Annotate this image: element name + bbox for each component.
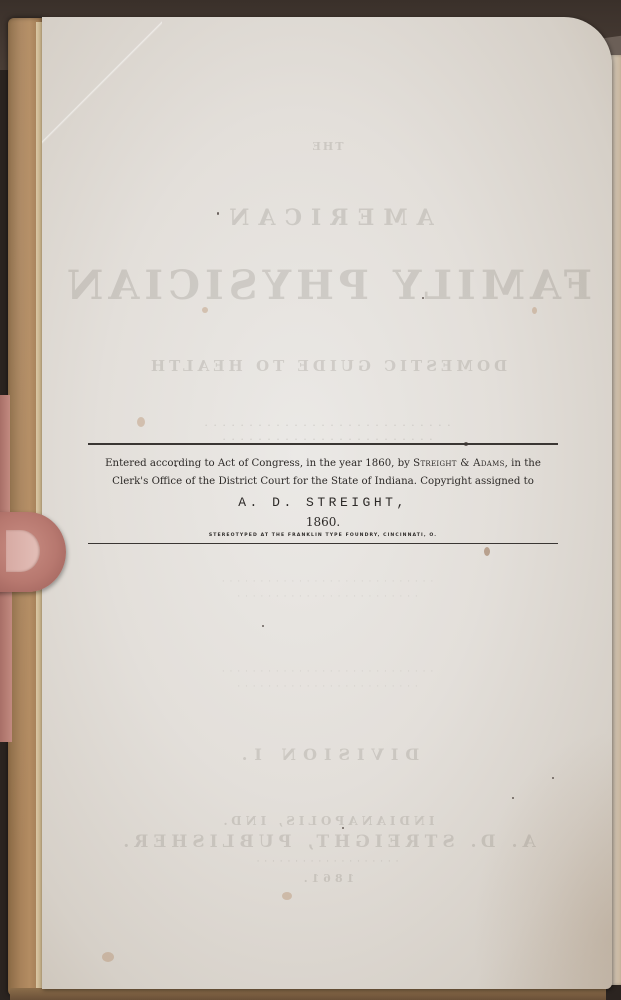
ink-speck [262,625,264,627]
ghost-body-line-3: · · · · · · · · · · · · · · · · · · · · … [42,667,612,677]
ghost-publisher: A. D. STREIGHT, PUBLISHER. [42,832,612,852]
ink-speck [552,777,554,779]
ink-speck [512,797,514,799]
ink-speck [217,212,219,215]
ghost-american: AMERICAN [42,205,612,231]
finger [0,592,12,742]
ghost-subtitle-line-1: · · · · · · · · · · · · · · · · · · · · … [42,419,612,432]
ghost-year: 1861. [42,872,612,885]
foxing-spot [484,547,490,556]
foxing-spot [202,307,208,313]
imprint-line-2: Clerk's Office of the District Court for… [88,473,558,491]
book-bottom-board [10,988,606,1000]
ink-speck [422,297,424,299]
ghost-place: INDIANAPOLIS, IND. [42,814,612,828]
copyright-owner: A. D. STREIGHT, [88,493,558,513]
copyright-year: 1860. [88,513,558,531]
foxing-spot [282,892,292,900]
imprint-line-1-prefix: Entered according to Act of Congress, in… [105,458,413,469]
ghost-division: DIVISION I. [42,745,612,764]
foxing-spot [532,307,537,314]
thumbnail [6,530,40,572]
ghost-the: THE [42,140,612,153]
imprint-firm-name: Streight & Adams [413,458,505,469]
ghost-family-physician: FAMILY PHYSICIAN [42,262,612,309]
ink-speck [342,827,344,829]
ghost-body-line-4: · · · · · · · · · · · · · · · · · · · · … [42,682,612,692]
imprint-line-1: Entered according to Act of Congress, in… [88,455,558,473]
imprint-line-1-suffix: , in the [505,458,541,469]
ghost-body-line-2: · · · · · · · · · · · · · · · · · · · · … [42,592,612,602]
ghost-body-line-1: · · · · · · · · · · · · · · · · · · · · … [42,577,612,587]
ghost-domestic-guide: DOMESTIC GUIDE TO HEALTH [42,357,612,375]
photo-scene: THE AMERICAN FAMILY PHYSICIAN DOMESTIC G… [0,0,621,1000]
foxing-spot [102,952,114,962]
bottom-rule [88,543,558,544]
finger [0,395,10,515]
foxing-spot [137,417,145,427]
stereotype-credit: STEREOTYPED AT THE FRANKLIN TYPE FOUNDRY… [88,531,558,541]
copyright-imprint: Entered according to Act of Congress, in… [88,443,558,544]
ghost-publisher-note: · · · · · · · · · · · · · · · · · · · [42,857,612,867]
